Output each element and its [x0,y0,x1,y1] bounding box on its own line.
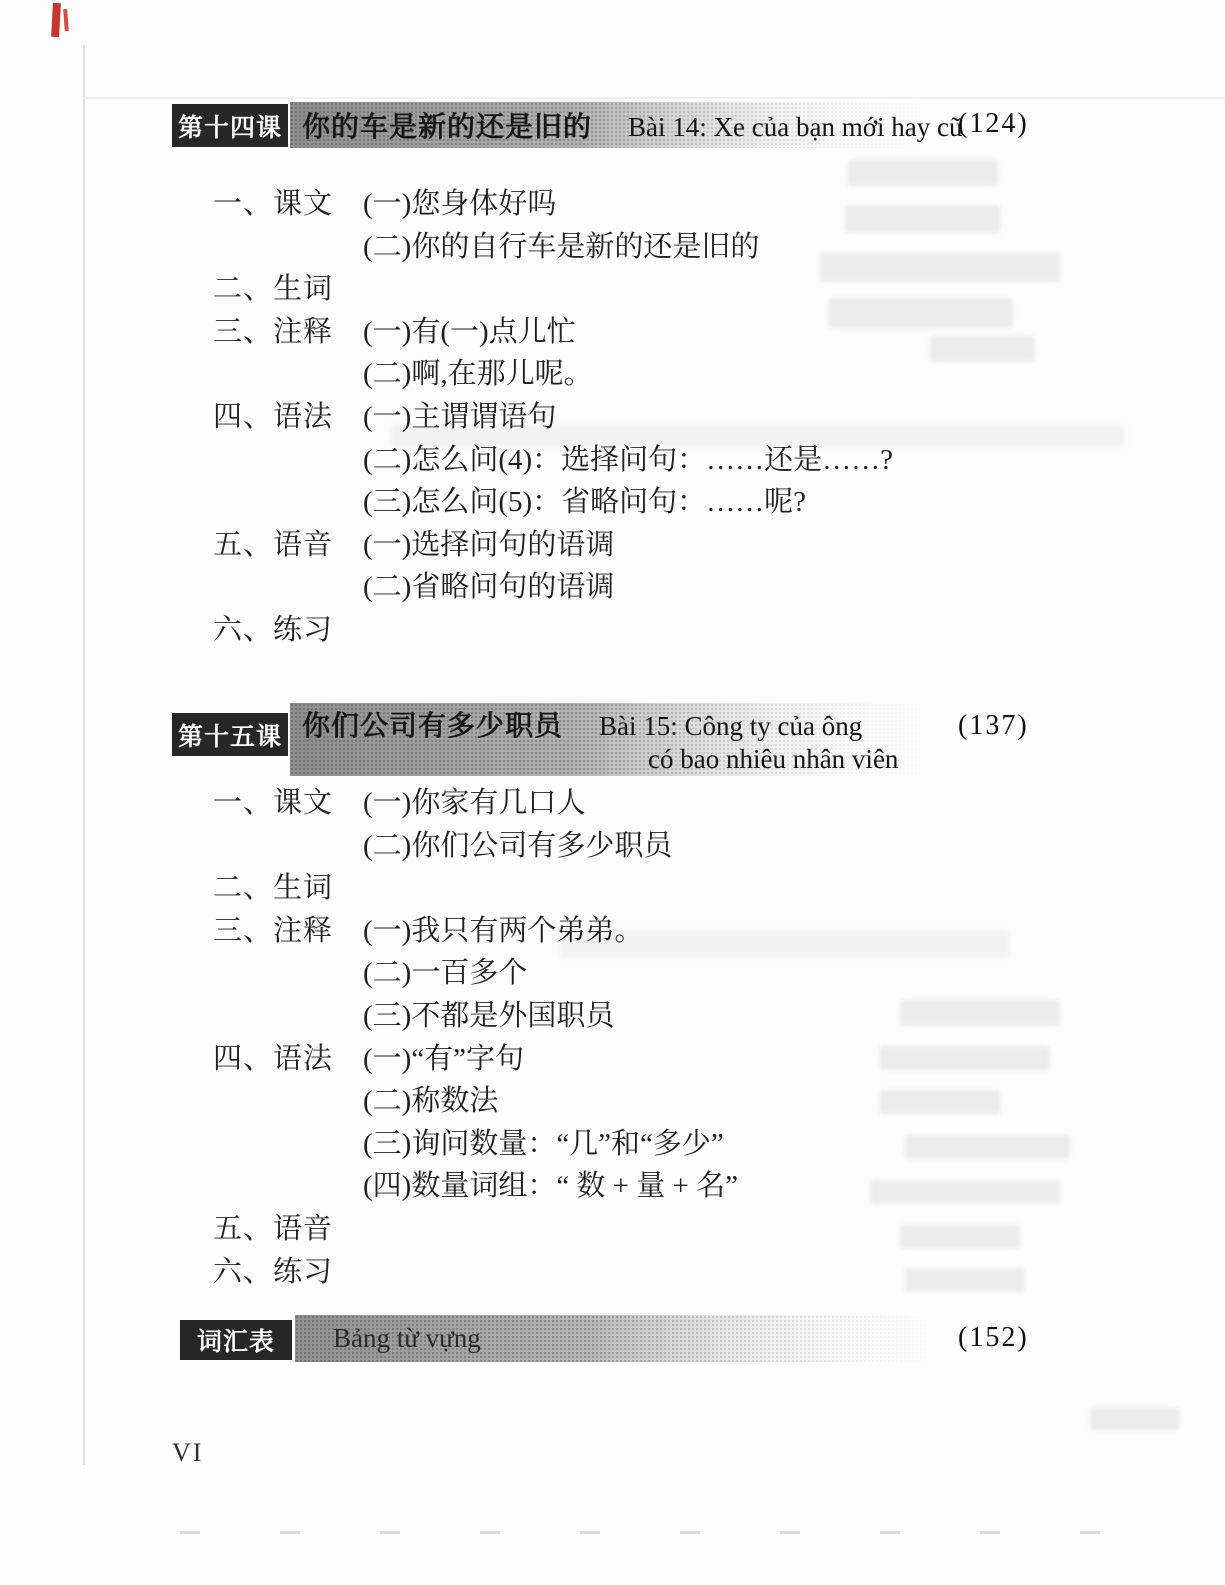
vocab-tab-label: 词汇表 [197,1322,275,1358]
scan-bottom-artifact [180,1531,1160,1534]
vocab-title-vi: Bảng từ vựng [295,1323,481,1354]
red-pen-mark [51,3,61,37]
toc-entry: (一)有(一)点儿忙 [363,311,593,354]
toc-row-label: 一、课文 [213,183,363,226]
lesson15-tab: 第十五课 [172,713,288,756]
toc-entry: (一)你家有几口人 [363,782,672,825]
lesson15-title-vi: Bài 15: Công ty của ông [599,711,862,742]
toc-entry: (一)主谓谓语句 [363,396,893,439]
toc-entry: (二)称数法 [363,1080,738,1123]
toc-row: 三、注释 (一)我只有两个弟弟。 (二)一百多个 (三)不都是外国职员 [213,910,738,1038]
toc-entry: (二)一百多个 [363,952,643,995]
toc-row-label: 五、语音 [213,524,363,567]
vocab-page-ref: (152) [958,1322,1068,1354]
lesson14-tab-label: 第十四课 [178,108,282,144]
lesson14-toc: 一、课文 (一)您身体好吗 (二)你的自行车是新的还是旧的 二、生词 三、注释 … [213,183,893,652]
toc-row: 五、语音 [213,1208,738,1251]
toc-entry: (三)询问数量：“几”和“多少” [363,1123,738,1166]
bleed-through-artifact [900,1225,1020,1249]
page-number: VI [172,1438,203,1468]
toc-row-label: 六、练习 [213,609,363,652]
lesson15-title-vi-line2: có bao nhiêu nhân viên [648,744,936,775]
bleed-through-artifact [880,1046,1050,1070]
toc-row: 四、语法 (一)“有”字句 (二)称数法 (三)询问数量：“几”和“多少” (四… [213,1038,738,1208]
toc-row-label: 五、语音 [213,1208,363,1251]
toc-entry: (一)我只有两个弟弟。 [363,910,643,953]
toc-row-label: 四、语法 [213,396,363,439]
toc-row: 六、练习 [213,1251,738,1294]
lesson15-tab-label: 第十五课 [178,717,282,753]
bleed-through-artifact [930,336,1035,362]
lesson14-title-vi: Bài 14: Xe của bạn mới hay cũ [628,112,962,143]
toc-entry: (三)怎么问(5)：省略问句：……呢? [363,481,893,524]
toc-entry: (三)不都是外国职员 [363,995,643,1038]
page-edge-line [83,45,85,1465]
toc-row: 一、课文 (一)你家有几口人 (二)你们公司有多少职员 [213,782,738,867]
toc-row: 五、语音 (一)选择问句的语调 (二)省略问句的语调 [213,524,893,609]
red-pen-mark [63,9,69,31]
toc-entry: (一)您身体好吗 [363,183,759,226]
lesson15-title-bar: 你们公司有多少职员 Bài 15: Công ty của ông có bao… [290,703,936,776]
toc-row: 三、注释 (一)有(一)点儿忙 (二)啊,在那儿呢。 [213,311,893,396]
lesson14-title-bar: 你的车是新的还是旧的 Bài 14: Xe của bạn mới hay cũ [290,102,936,148]
bleed-through-artifact [905,1268,1025,1292]
lesson14-title-zh: 你的车是新的还是旧的 [302,105,592,145]
toc-entry: (一)选择问句的语调 [363,524,614,567]
toc-entry: (二)啊,在那儿呢。 [363,353,593,396]
toc-row: 二、生词 [213,268,893,311]
scanned-toc-page: 第十四课 你的车是新的还是旧的 Bài 14: Xe của bạn mới h… [0,0,1225,1585]
vocab-tab: 词汇表 [180,1320,292,1360]
lesson14-tab: 第十四课 [172,104,288,147]
toc-row-label: 六、练习 [213,1251,363,1294]
toc-entry: (二)你的自行车是新的还是旧的 [363,226,759,269]
toc-row: 一、课文 (一)您身体好吗 (二)你的自行车是新的还是旧的 [213,183,893,268]
bleed-through-artifact [870,1180,1060,1204]
toc-row: 四、语法 (一)主谓谓语句 (二)怎么问(4)：选择问句：……还是……? (三)… [213,396,893,524]
toc-row-label: 三、注释 [213,311,363,354]
bleed-through-artifact [1090,1408,1180,1430]
toc-row-label: 二、生词 [213,268,363,311]
lesson15-title-zh: 你们公司有多少职员 [302,704,563,744]
scan-crease-line [83,97,1225,99]
lesson14-page-ref: (124) [958,108,1068,140]
toc-row-label: 二、生词 [213,867,363,910]
lesson15-toc: 一、课文 (一)你家有几口人 (二)你们公司有多少职员 二、生词 三、注释 (一… [213,782,738,1293]
toc-entry: (四)数量词组：“ 数 + 量 + 名” [363,1165,738,1208]
toc-entry: (二)怎么问(4)：选择问句：……还是……? [363,439,893,482]
toc-entry: (二)你们公司有多少职员 [363,825,672,868]
lesson15-page-ref: (137) [958,710,1068,742]
toc-entry: (一)“有”字句 [363,1038,738,1081]
bleed-through-artifact [905,1135,1070,1159]
toc-row-label: 一、课文 [213,782,363,825]
bleed-through-artifact [880,1090,1000,1114]
toc-row-label: 四、语法 [213,1038,363,1081]
bleed-through-artifact [900,1000,1060,1026]
toc-row-label: 三、注释 [213,910,363,953]
toc-entry: (二)省略问句的语调 [363,566,614,609]
vocab-title-bar: Bảng từ vựng [295,1315,940,1362]
toc-row: 二、生词 [213,867,738,910]
toc-row: 六、练习 [213,609,893,652]
